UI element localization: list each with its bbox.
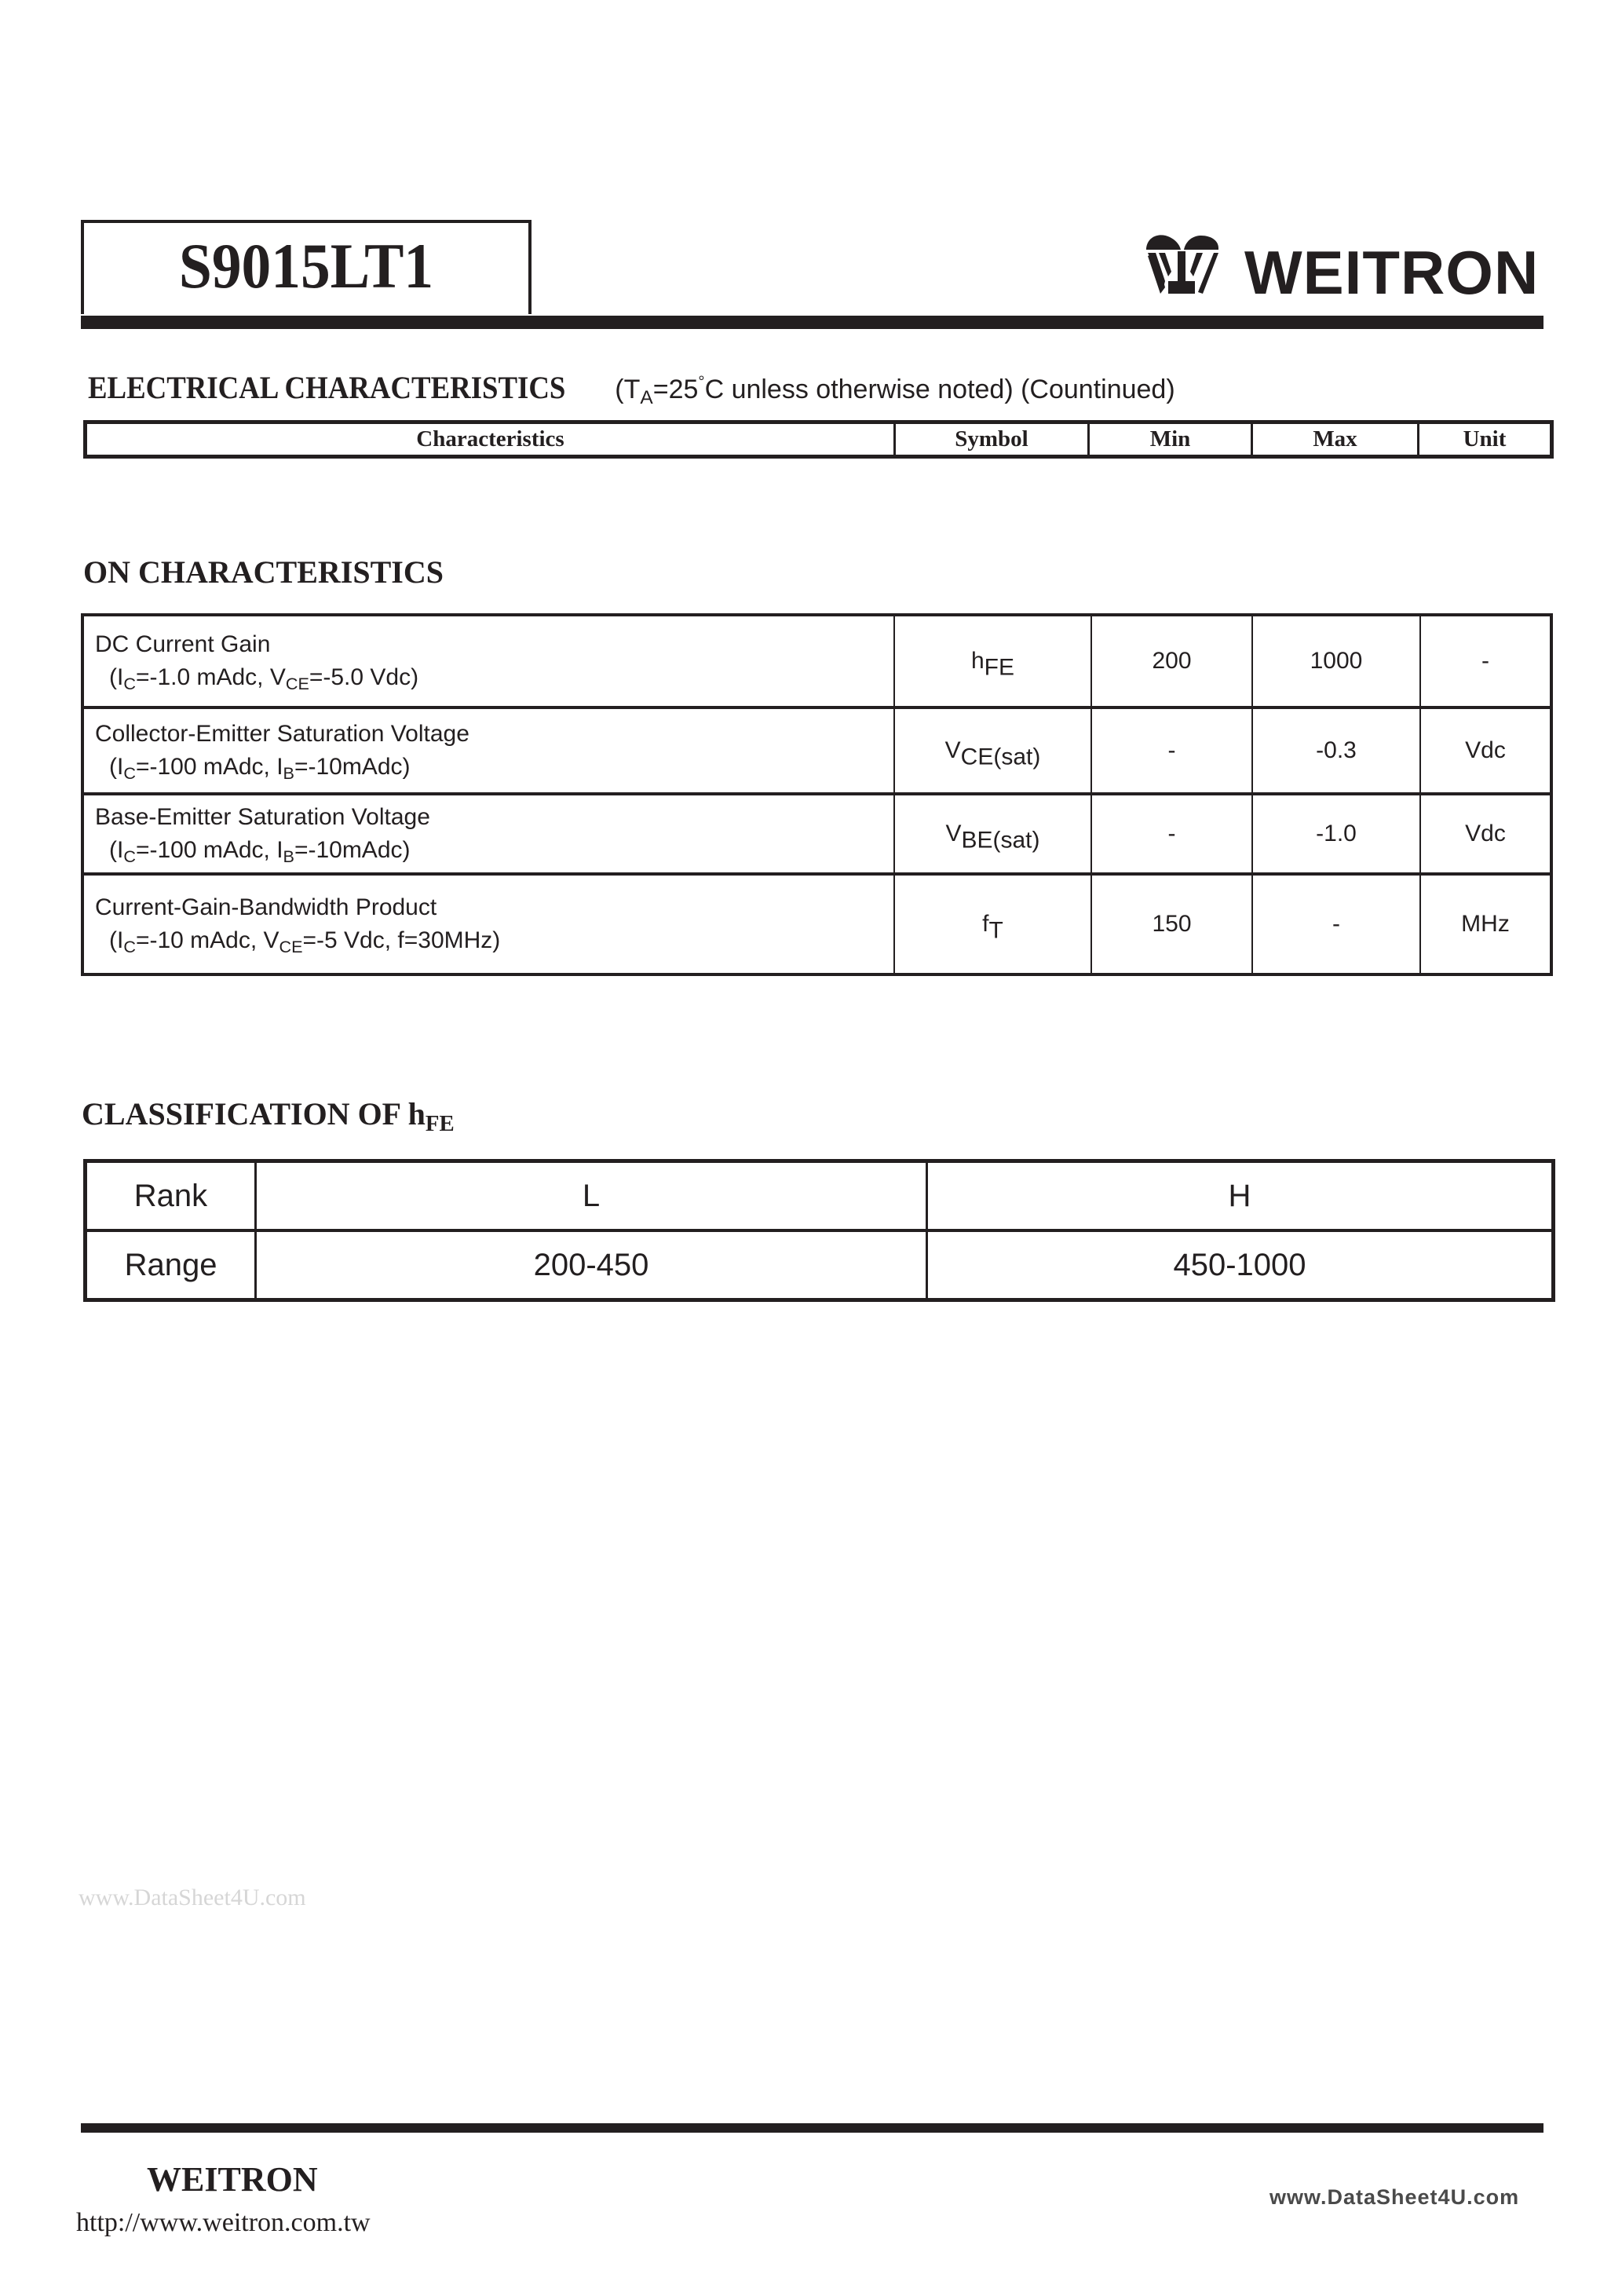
max-cell: - — [1252, 874, 1420, 974]
characteristic-name: Base-Emitter Saturation Voltage — [95, 801, 893, 834]
characteristic-name: DC Current Gain — [95, 628, 893, 661]
test-condition: (IC=-100 mAdc, IB=-10mAdc) — [95, 751, 893, 784]
conditions-note: (TA=25°C unless otherwise noted) (Counti… — [615, 375, 1174, 404]
footer-url-link[interactable]: http://www.weitron.com.tw — [76, 2208, 371, 2238]
footer-brand: WEITRON — [147, 2159, 318, 2199]
col-characteristics: Characteristics — [86, 422, 895, 457]
table-row: Base-Emitter Saturation Voltage(IC=-100 … — [82, 794, 1551, 874]
min-cell: - — [1091, 794, 1252, 874]
characteristic-cell: DC Current Gain(IC=-1.0 mAdc, VCE=-5.0 V… — [82, 615, 894, 707]
footer-watermark-link[interactable]: www.DataSheet4U.com — [1269, 2185, 1519, 2210]
max-cell: -0.3 — [1252, 707, 1420, 794]
col-min: Min — [1089, 422, 1252, 457]
on-characteristics-title: ON CHARACTERISTICS — [83, 554, 444, 590]
min-cell: 200 — [1091, 615, 1252, 707]
footer-rule — [81, 2123, 1543, 2133]
rank-l: L — [256, 1161, 927, 1231]
col-unit: Unit — [1419, 422, 1552, 457]
hfe-classification-table: Rank L H Range 200-450 450-1000 — [83, 1159, 1555, 1302]
table-row: Collector-Emitter Saturation Voltage(IC=… — [82, 707, 1551, 794]
min-cell: 150 — [1091, 874, 1252, 974]
max-cell: -1.0 — [1252, 794, 1420, 874]
test-condition: (IC=-1.0 mAdc, VCE=-5.0 Vdc) — [95, 661, 893, 694]
watermark-link[interactable]: www.DataSheet4U.com — [79, 1885, 306, 1911]
unit-cell: - — [1420, 615, 1551, 707]
section-title: ELECTRICAL CHARACTERISTICS — [88, 369, 565, 406]
brand-name: WEITRON — [1244, 237, 1539, 309]
electrical-characteristics-title: ELECTRICAL CHARACTERISTICS (TA=25°C unle… — [88, 369, 1175, 406]
symbol-cell: VBE(sat) — [894, 794, 1091, 874]
min-cell: - — [1091, 707, 1252, 794]
on-characteristics-table: DC Current Gain(IC=-1.0 mAdc, VCE=-5.0 V… — [81, 613, 1553, 976]
unit-cell: Vdc — [1420, 707, 1551, 794]
range-label: Range — [86, 1230, 256, 1300]
table-row: DC Current Gain(IC=-1.0 mAdc, VCE=-5.0 V… — [82, 615, 1551, 707]
range-l: 200-450 — [256, 1230, 927, 1300]
part-number: S9015LT1 — [99, 229, 513, 303]
characteristic-cell: Collector-Emitter Saturation Voltage(IC=… — [82, 707, 894, 794]
range-h: 450-1000 — [927, 1230, 1554, 1300]
spec-column-header: Characteristics Symbol Min Max Unit — [83, 420, 1554, 459]
classification-title: CLASSIFICATION OF hFE — [82, 1095, 455, 1132]
rank-h: H — [927, 1161, 1554, 1231]
range-row: Range 200-450 450-1000 — [86, 1230, 1554, 1300]
symbol-cell: fT — [894, 874, 1091, 974]
weitron-logo-icon — [1145, 232, 1220, 297]
header-rule — [81, 316, 1543, 329]
max-cell: 1000 — [1252, 615, 1420, 707]
test-condition: (IC=-100 mAdc, IB=-10mAdc) — [95, 834, 893, 867]
table-row: Current-Gain-Bandwidth Product(IC=-10 mA… — [82, 874, 1551, 974]
rank-label: Rank — [86, 1161, 256, 1231]
unit-cell: MHz — [1420, 874, 1551, 974]
unit-cell: Vdc — [1420, 794, 1551, 874]
characteristic-name: Current-Gain-Bandwidth Product — [95, 891, 893, 924]
symbol-cell: hFE — [894, 615, 1091, 707]
rank-row: Rank L H — [86, 1161, 1554, 1231]
characteristic-cell: Current-Gain-Bandwidth Product(IC=-10 mA… — [82, 874, 894, 974]
col-max: Max — [1252, 422, 1419, 457]
characteristic-cell: Base-Emitter Saturation Voltage(IC=-100 … — [82, 794, 894, 874]
test-condition: (IC=-10 mAdc, VCE=-5 Vdc, f=30MHz) — [95, 924, 893, 957]
col-symbol: Symbol — [895, 422, 1089, 457]
characteristic-name: Collector-Emitter Saturation Voltage — [95, 718, 893, 751]
symbol-cell: VCE(sat) — [894, 707, 1091, 794]
